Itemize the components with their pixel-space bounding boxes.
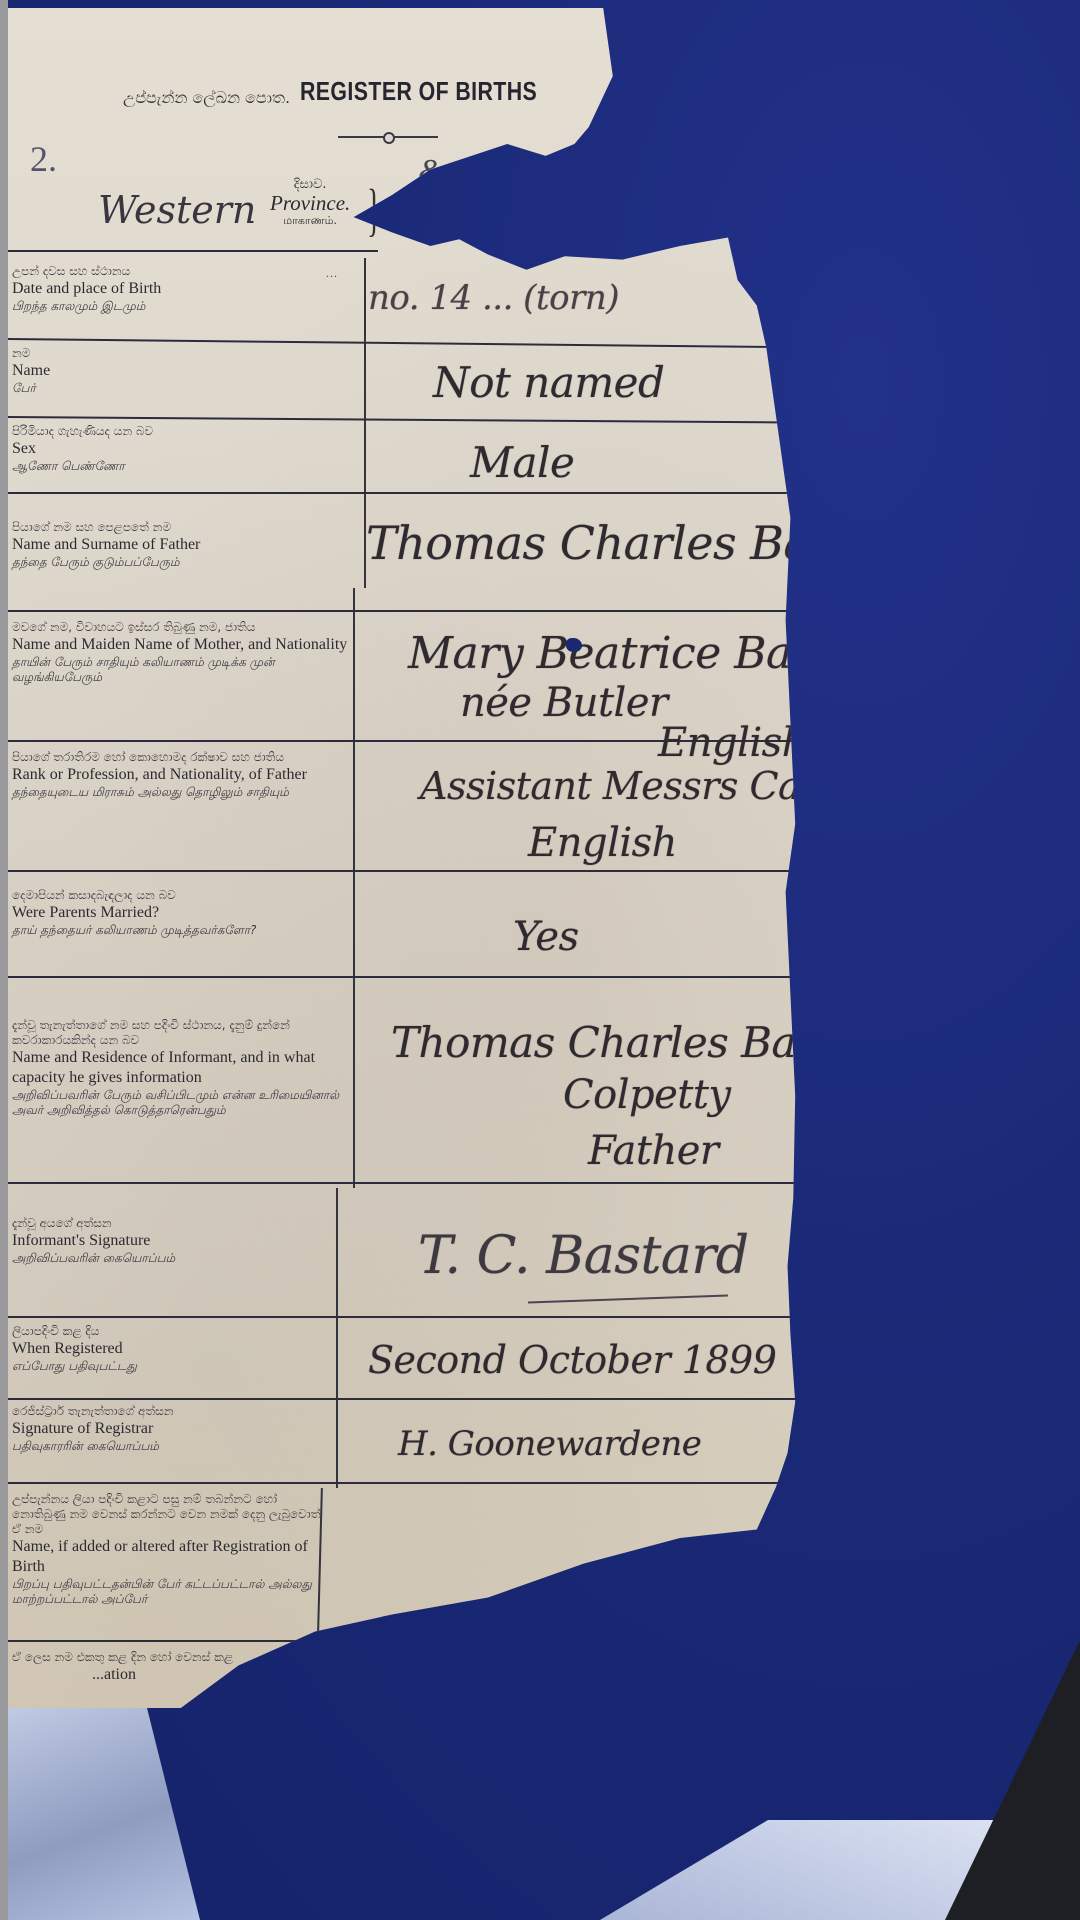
label-sinhala: උප්පැන්නය ලියා පදිංචි කළාට පසු නම් තබන්න… xyxy=(12,1492,328,1537)
field-informant-residence: Colpetty xyxy=(563,1072,731,1118)
label-sinhala: පියාගේ නම සහ පෙළපතේ නම xyxy=(12,520,348,535)
label-english: Were Parents Married? xyxy=(12,903,348,923)
label-english: Name, if added or altered after Registra… xyxy=(12,1537,328,1577)
row-rule xyxy=(8,1398,928,1400)
leader-dots: ... xyxy=(326,266,338,281)
field-mother-maiden-name: née Butler xyxy=(460,680,668,726)
label-sinhala: රෙජිස්ට්‍රාර් තැනැත්තාගේ අත්සන xyxy=(12,1404,348,1419)
label-english: Name and Surname of Father xyxy=(12,535,348,555)
row-rule xyxy=(8,1640,338,1642)
field-when-registered-label: ලියාපදිංචි කළ දිය When Registered எப்போத… xyxy=(8,1324,348,1374)
label-tamil: அறிவிப்பவரின் பேரும் வசிப்பிடமும் என்ன உ… xyxy=(12,1088,348,1118)
field-informant-capacity: Father xyxy=(588,1128,719,1174)
field-mother-name-label: මවගේ නම, විවාහයට ඉස්සර තිබුණු නම, ජාතිය … xyxy=(8,620,348,685)
label-tamil: தாயின் பேரும் சாதியும் கலியாணம் முடிக்க … xyxy=(12,655,348,685)
province-value: Western xyxy=(98,188,256,232)
label-english: Informant's Signature xyxy=(12,1231,348,1251)
label-sinhala: දැන්වූ අයගේ අත්සන xyxy=(12,1216,348,1231)
title-sinhala: උප්පැන්න ලේඛන පොත. xyxy=(123,88,290,108)
entry-number: 2. xyxy=(30,138,57,180)
province-label: දිසාව. Province. மாகாணம். xyxy=(270,178,350,227)
label-sinhala: උපන් දවස සහ ස්ථානය xyxy=(12,264,348,279)
label-english: Name xyxy=(12,361,348,381)
paper-hole xyxy=(566,638,582,652)
label-tamil: பேர் xyxy=(12,381,348,396)
field-date-place-birth-value: no. 14 ... (torn) xyxy=(368,278,619,318)
field-father-name-label: පියාගේ නම සහ පෙළපතේ නම Name and Surname … xyxy=(8,520,348,570)
field-parents-married-label: දෙමාපියන් කසාදබැඳලාද යන බව Were Parents … xyxy=(8,888,348,938)
label-sinhala: මවගේ නම, විවාහයට ඉස්සර තිබුණු නම, ජාතිය xyxy=(12,620,348,635)
row-rule xyxy=(8,1182,928,1184)
field-when-registered-value: Second October 1899 xyxy=(368,1338,776,1382)
label-sinhala: පියාගේ තරාතිරම හෝ කොහොමද රක්ෂාව සහ ජාතිය xyxy=(12,750,348,765)
field-mother-nationality: English xyxy=(658,720,807,766)
province-label-sinhala: දිසාව. xyxy=(270,178,350,192)
label-english: Date and place of Birth xyxy=(12,279,348,299)
field-sex-label: පිරිමියාද ගැහැණියද යන බව Sex ஆணோ பெண்ணோ xyxy=(8,424,348,474)
field-sex-value: Male xyxy=(470,438,574,487)
field-registrar-signature-label: රෙජිස්ට්‍රාර් තැනැත්තාගේ අත්සන Signature… xyxy=(8,1404,348,1454)
label-english: When Registered xyxy=(12,1339,348,1359)
label-tamil: ஆணோ பெண்ணோ xyxy=(12,459,348,474)
row-rule xyxy=(8,492,908,494)
label-sinhala: දෙමාපියන් කසාදබැඳලාද යන බව xyxy=(12,888,348,903)
label-sinhala: දැන්වූ තැනැත්තාගේ නම සහ පදිංචි ස්ථානය, ද… xyxy=(12,1018,348,1048)
title-ornament-divider xyxy=(338,136,438,138)
left-edge-strip xyxy=(0,0,8,1920)
label-tamil: பிறந்த காலமும் இடமும் xyxy=(12,299,348,314)
label-english: Name and Maiden Name of Mother, and Nati… xyxy=(12,635,348,655)
registrar-signature: H. Goonewardene xyxy=(398,1424,701,1464)
label-sinhala: නම xyxy=(12,346,348,361)
label-english: Signature of Registrar xyxy=(12,1419,348,1439)
label-english: Sex xyxy=(12,439,348,459)
field-name-altered-label: උප්පැන්නය ලියා පදිංචි කළාට පසු නම් තබන්න… xyxy=(8,1492,328,1607)
page-title: REGISTER OF BIRTHS xyxy=(300,76,537,107)
province-label-english: Province. xyxy=(270,192,350,215)
label-english: Rank or Profession, and Nationality, of … xyxy=(12,765,348,785)
label-tamil: தாய் தந்தையர் கலியாணம் முடித்தவர்களோ? xyxy=(12,923,348,938)
field-name-value: Not named xyxy=(433,358,664,407)
field-informant-signature-label: දැන්වූ අයගේ අත්සන Informant's Signature … xyxy=(8,1216,348,1266)
label-tamil: பதிவுகாரரின் கையொப்பம் xyxy=(12,1439,348,1454)
label-tamil: பிறப்பு பதிவுபட்டதன்பின் பேர் கட்டப்பட்ட… xyxy=(12,1577,328,1607)
label-tamil: தந்தை பேரும் குடும்பப்பேரும் xyxy=(12,555,348,570)
label-tamil: அறிவிப்பவரின் கையொப்பம் xyxy=(12,1251,348,1266)
province-label-tamil: மாகாணம். xyxy=(270,215,350,227)
label-english: Name and Residence of Informant, and in … xyxy=(12,1048,348,1088)
label-tamil: எப்போது பதிவுபட்டது xyxy=(12,1359,348,1374)
field-date-place-birth-label: උපන් දවස සහ ස්ථානය Date and place of Bir… xyxy=(8,264,348,314)
informant-signature: T. C. Bastard xyxy=(418,1226,749,1286)
field-father-profession-label: පියාගේ තරාතිරම හෝ කොහොමද රක්ෂාව සහ ජාතිය… xyxy=(8,750,348,800)
field-parents-married-value: Yes xyxy=(513,914,579,960)
label-tamil: தந்தையுடைய மிராசும் அல்லது தொழிலும் சாதி… xyxy=(12,785,348,800)
label-sinhala: පිරිමියාද ගැහැණියද යන බව xyxy=(12,424,348,439)
field-name-label: නම Name பேர் xyxy=(8,346,348,396)
header-rule xyxy=(8,250,378,252)
field-father-nationality-value: English xyxy=(528,820,677,866)
column-divider xyxy=(353,588,355,1188)
field-informant-label: දැන්වූ තැනැත්තාගේ නම සහ පදිංචි ස්ථානය, ද… xyxy=(8,1018,348,1118)
label-sinhala: ලියාපදිංචි කළ දිය xyxy=(12,1324,348,1339)
